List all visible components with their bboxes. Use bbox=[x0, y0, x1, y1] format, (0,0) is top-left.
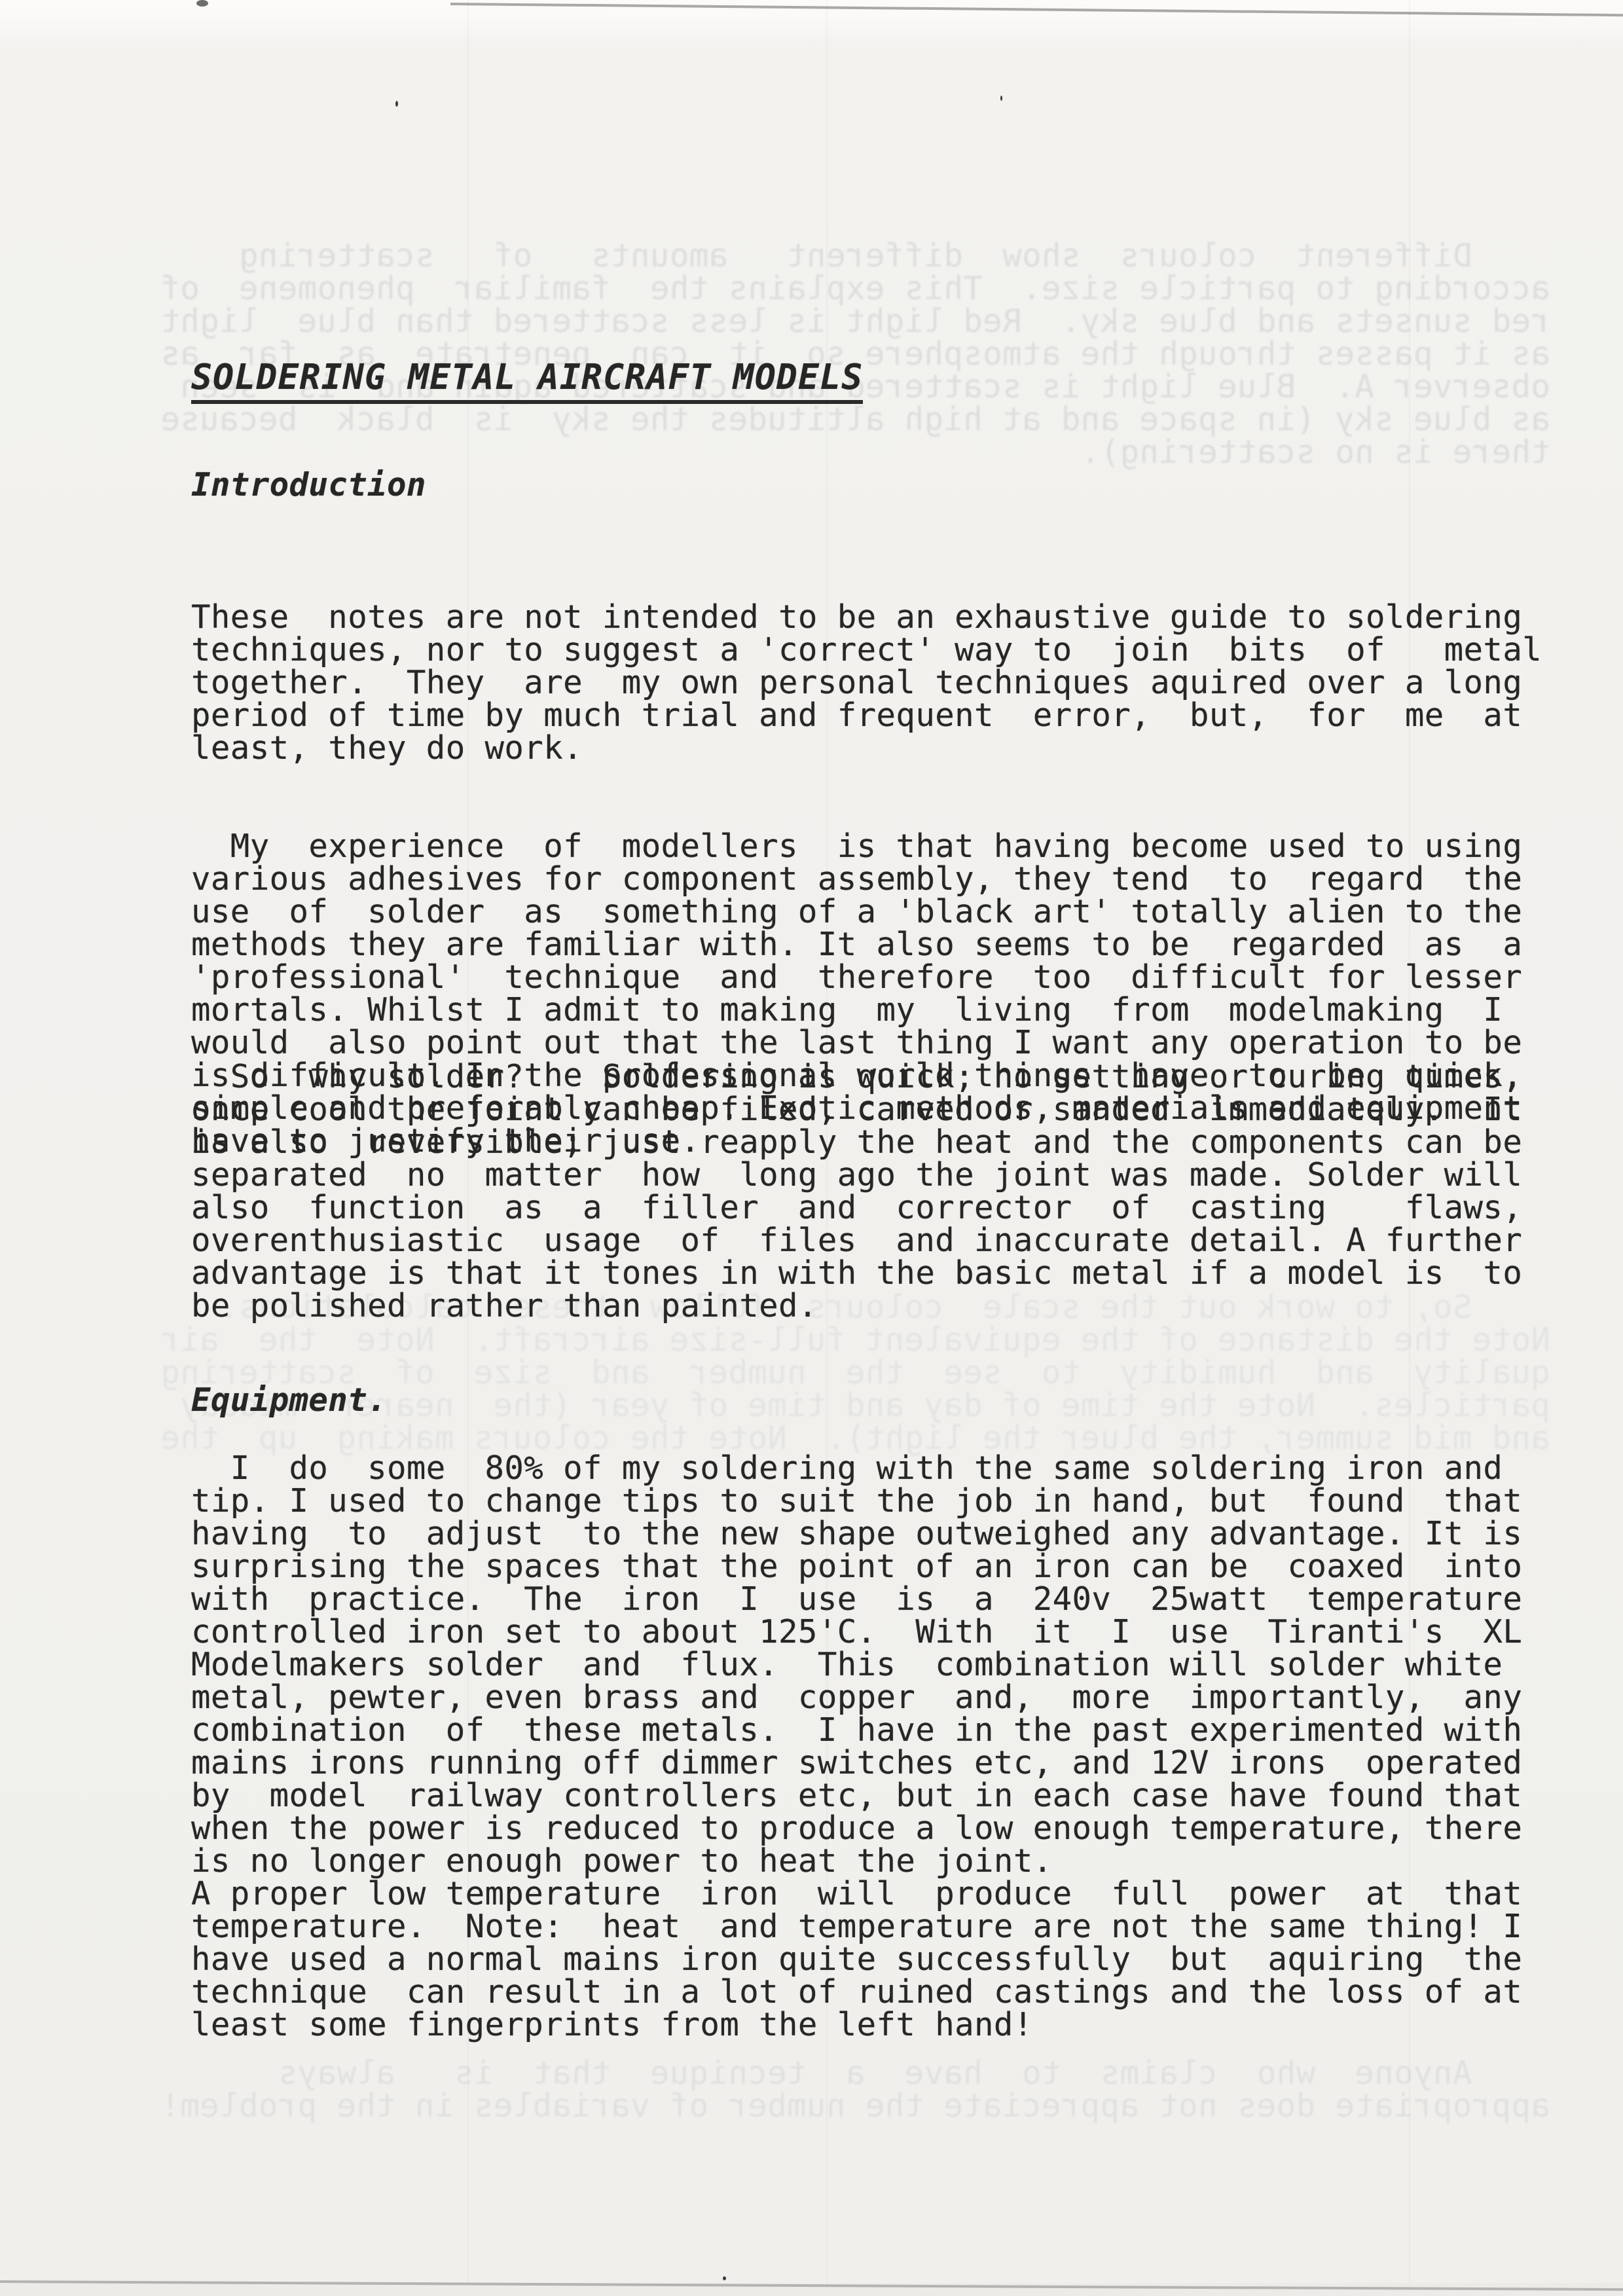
dust-speck bbox=[1000, 96, 1002, 101]
text-line: according to particle size. This explain… bbox=[73, 272, 1550, 305]
text-line: metal, pewter, even brass and copper and… bbox=[191, 1681, 1522, 1714]
text-line: controlled iron set to about 125'C. With… bbox=[191, 1616, 1522, 1649]
bleedthrough-text-bottom: Anyone who claims to have a tecnique tha… bbox=[73, 2057, 1550, 2123]
text-line: there is no scattering). bbox=[73, 436, 1550, 469]
text-line: surprising the spaces that the point of … bbox=[191, 1550, 1522, 1583]
text-line: also function as a filler and corrector … bbox=[191, 1192, 1522, 1224]
dust-speck bbox=[723, 2276, 726, 2280]
text-line: technique can result in a lot of ruined … bbox=[191, 1976, 1522, 2009]
text-line: least, they do work. bbox=[191, 732, 1542, 765]
text-line: 'professional' technique and therefore t… bbox=[191, 961, 1542, 994]
text-line: be polished rather than painted. bbox=[191, 1290, 1522, 1322]
text-line: is also reversible; just reapply the hea… bbox=[191, 1126, 1522, 1159]
text-line: overenthusiastic usage of files and inac… bbox=[191, 1224, 1522, 1257]
text-line: various adhesives for component assembly… bbox=[191, 863, 1542, 896]
text-line: together. They are my own personal techn… bbox=[191, 666, 1542, 699]
text-line: would also point out that the last thing… bbox=[191, 1027, 1542, 1059]
text-line: These notes are not intended to be an ex… bbox=[191, 601, 1542, 634]
text-line: use of solder as something of a 'black a… bbox=[191, 896, 1542, 928]
text-line: red sunsets and blue sky. Red light is l… bbox=[73, 305, 1550, 338]
text-line: A proper low temperature iron will produ… bbox=[191, 1878, 1522, 1910]
page-title: SOLDERING METAL AIRCRAFT MODELS bbox=[191, 361, 863, 404]
text-line: So why solder? Soldering is quick; no se… bbox=[191, 1061, 1522, 1093]
bleedthrough-text-top: Different colours show different amounts… bbox=[73, 240, 1550, 469]
paragraph-why-solder: So why solder? Soldering is quick; no se… bbox=[191, 1061, 1522, 1322]
text-line: separated no matter how long ago the joi… bbox=[191, 1159, 1522, 1192]
dust-speck bbox=[196, 0, 208, 7]
text-line: methods they are familiar with. It also … bbox=[191, 928, 1542, 961]
text-line: tip. I used to change tips to suit the j… bbox=[191, 1485, 1522, 1518]
text-line: mortals. Whilst I admit to making my liv… bbox=[191, 994, 1542, 1027]
scanned-document-page: Different colours show different amounts… bbox=[0, 0, 1623, 2296]
text-line: techniques, nor to suggest a 'correct' w… bbox=[191, 634, 1542, 666]
text-line: I do some 80% of my soldering with the s… bbox=[191, 1452, 1522, 1485]
text-line: Modelmakers solder and flux. This combin… bbox=[191, 1649, 1522, 1681]
section-heading-equipment: Equipment. bbox=[191, 1384, 387, 1417]
text-line: when the power is reduced to produce a l… bbox=[191, 1812, 1522, 1845]
text-line: once cool the joint can be filed, carved… bbox=[191, 1093, 1522, 1126]
section-heading-introduction: Introduction bbox=[191, 469, 426, 501]
text-line: appropriate does not appreciate the numb… bbox=[73, 2090, 1550, 2123]
text-line: least some fingerprints from the left ha… bbox=[191, 2009, 1522, 2041]
text-line: is no longer enough power to heat the jo… bbox=[191, 1845, 1522, 1878]
text-line: Anyone who claims to have a tecnique tha… bbox=[73, 2057, 1550, 2090]
text-line: mains irons running off dimmer switches … bbox=[191, 1747, 1522, 1779]
dust-speck bbox=[395, 101, 398, 107]
text-line: have used a normal mains iron quite succ… bbox=[191, 1943, 1522, 1976]
text-line: advantage is that it tones in with the b… bbox=[191, 1257, 1522, 1290]
paragraph: These notes are not intended to be an ex… bbox=[191, 601, 1542, 765]
paragraph-equipment: I do some 80% of my soldering with the s… bbox=[191, 1452, 1522, 2041]
text-line: My experience of modellers is that havin… bbox=[191, 830, 1542, 863]
text-line: combination of these metals. I have in t… bbox=[191, 1714, 1522, 1747]
text-line: period of time by much trial and frequen… bbox=[191, 699, 1542, 732]
text-line: having to adjust to the new shape outwei… bbox=[191, 1518, 1522, 1550]
text-line: Different colours show different amounts… bbox=[73, 240, 1550, 272]
text-line: Note the distance of the equivalent full… bbox=[73, 1324, 1550, 1357]
text-line: temperature. Note: heat and temperature … bbox=[191, 1910, 1522, 1943]
text-line: as blue sky (in space and at high altitu… bbox=[73, 403, 1550, 436]
text-line: by model railway controllers etc, but in… bbox=[191, 1779, 1522, 1812]
text-line: with practice. The iron I use is a 240v … bbox=[191, 1583, 1522, 1616]
